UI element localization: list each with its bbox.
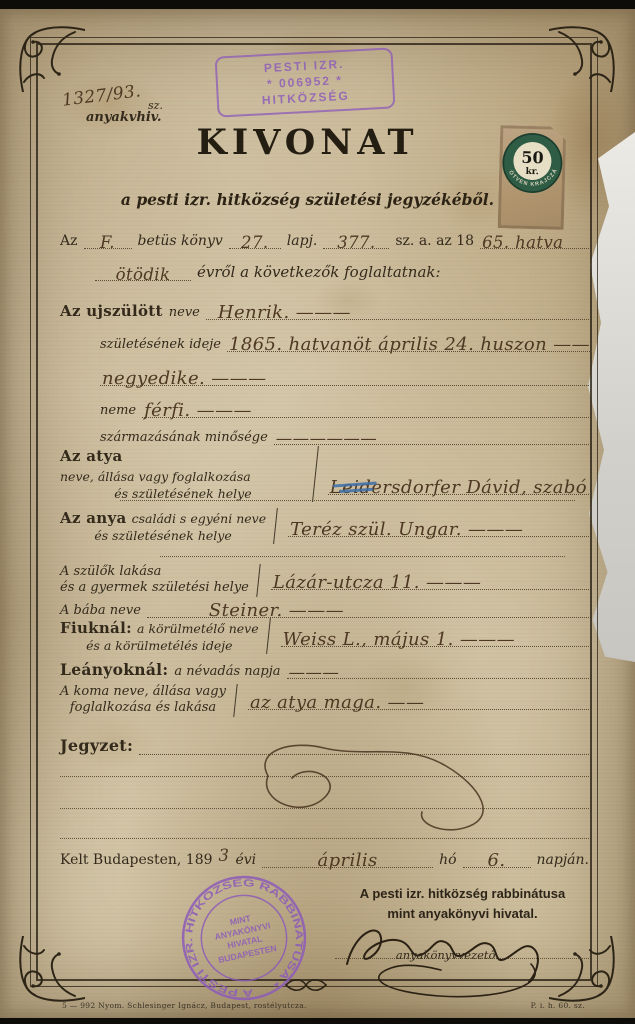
dateline-text-1: Kelt Budapesten, 189 [60,852,213,868]
residence-label-line2: és a gyermek születési helye [60,580,249,596]
note-lead: Jegyzet: [60,736,133,755]
mother-field: Teréz szül. Ungar. ——— [288,515,589,537]
field-row-father: Az atya neve, állása vagy foglalkozása é… [60,446,589,502]
registry-entry-field: 377. [323,228,389,249]
registry-letter-value: F. [100,233,115,252]
godparent-label-line1: A koma neve, állása vagy [60,684,226,700]
label-brace [273,508,281,544]
gender-field: férfi. ——— [142,396,589,418]
label-brace [233,684,240,717]
girls-label: a névadás napja [174,664,280,679]
registry-year-word-field: ötödik [95,260,191,281]
registry-page-field: 27. [229,228,281,249]
ruled-line [160,556,565,557]
intro-text-5: évről a következők foglaltatnak: [197,263,441,281]
midwife-label: A bába neve [60,603,141,618]
residence-value: Lázár-utcza 11. ——— [273,572,481,593]
boys-label-line2: és a körülmetélés ideje [86,638,232,654]
origin-field: —————— [274,424,589,445]
dateline-month-value: április [318,850,378,871]
origin-label: származásának minősége [100,430,268,445]
registry-page-value: 27. [241,233,268,252]
registry-year-field: 65. hatva [480,228,589,249]
girls-field: ——— [287,658,589,679]
registrar-title: anyakönyvvezető. [330,948,565,962]
document-title: KIVONAT [40,122,575,163]
field-row-birthdate-2: negyedike. ——— [100,364,589,386]
revenue-stamp-50kr: 50 kr. ÖTVEN KRAJCZÁR [498,125,567,230]
field-row-girls: Leányoknál: a névadás napja ——— [60,658,589,679]
intro-text-1: Az [60,233,78,249]
intro-text-2: betüs könyv [138,233,223,249]
residence-field: Lázár-utcza 11. ——— [271,568,589,590]
corner-ornament-top-right [549,20,621,92]
mother-value: Teréz szül. Ungar. ——— [290,519,523,540]
corner-ornament-bottom-left [13,936,85,1008]
midwife-field: Steiner. ——— [147,596,589,618]
note-field-line2 [60,776,589,777]
newborn-field: Henrik. ——— [206,298,589,320]
corner-ornament-top-left [13,20,85,92]
printer-imprint: 5 — 992 Nyom. Schlesinger Ignácz, Budape… [62,1001,307,1010]
newborn-label: neve [169,305,200,320]
ruled-line [60,838,589,839]
registry-year-word-value: ötödik [116,265,171,284]
field-row-gender: neme férfi. ——— [100,396,589,418]
birthdate-label: születésének ideje [100,337,221,352]
document-subtitle: a pesti izr. hitközség születési jegyzék… [40,190,575,209]
scanned-document-photo: 1327/93. sz. anyakvhiv. PESTI IZR. * 006… [0,0,635,1024]
intro-text-4: sz. a. az 18 [395,233,474,249]
field-row-residence: A szülők lakása és a gyermek születési h… [60,564,589,597]
mother-label-line2: és születésének helye [94,528,231,544]
birthdate2-field: negyedike. ——— [100,364,589,386]
father-label-line1: Az atya neve, állása vagy foglalkozása [60,446,306,486]
note-field-line1 [139,734,589,755]
field-row-boys: Fiuknál: a körülmetélő neve és a körülme… [60,618,589,654]
birthdate-field: 1865. hatvanöt április 24. huszon —— [227,330,592,352]
form-number: P. i. h. 60. sz. [531,1001,585,1010]
birthdate2-value: negyedike. ——— [102,368,266,389]
intro-line-2: ötödik évről a következők foglaltatnak: [95,260,505,281]
registry-year-value: 65. hatva [482,233,563,252]
field-row-origin: származásának minősége —————— [100,424,589,445]
field-row-godparent: A koma neve, állása vagy foglalkozása és… [60,684,589,717]
boys-field: Weiss L., május 1. ——— [281,625,589,647]
revenue-stamp-unit: kr. [525,167,539,177]
residence-label-line1: A szülők lakása [60,564,249,580]
dateline-text-2: évi [235,852,256,868]
boys-value: Weiss L., május 1. ——— [283,629,515,650]
ruled-line [120,500,575,501]
godparent-label-line2: foglalkozása és lakása [70,700,216,716]
gender-value: férfi. ——— [144,400,252,421]
girls-lead: Leányoknál: [60,660,168,679]
dateline: Kelt Budapesten, 189 3 évi április hó 6.… [60,846,589,868]
issuer-line-1: A pesti izr. hitközség rabbinátusa [336,886,589,901]
godparent-value: az atya maga. —— [250,692,424,713]
dateline-day-field: 6. [463,846,531,868]
intro-line-1: Az F. betüs könyv 27. lapj. 377. sz. a. … [60,228,589,249]
field-row-newborn: Az ujszülött neve Henrik. ——— [60,298,589,320]
community-box-stamp: PESTI IZR. * 006952 * HITKÖZSÉG [215,47,396,117]
field-row-note: Jegyzet: [60,734,589,755]
mother-label-line1: Az anya családi s egyéni neve [60,508,266,528]
newborn-value: Henrik. ——— [218,302,351,323]
newborn-lead: Az ujszülött [60,302,163,320]
field-row-mother: Az anya családi s egyéni neve és születé… [60,508,589,544]
note-field-line3 [60,808,589,809]
revenue-stamp-value: 50 [521,148,544,168]
rabbinate-round-stamp: A PESTI IZR. HITKÖZSÉG RABBINÁTUSA * MIN… [166,860,323,1017]
registry-letter-field: F. [84,228,132,249]
boys-label-line1: Fiuknál: a körülmetélő neve [60,618,259,638]
birthdate-value: 1865. hatvanöt április 24. huszon —— [229,334,590,355]
dateline-year-value: 3 [219,846,230,865]
registry-entry-value: 377. [337,233,375,252]
field-row-midwife: A bába neve Steiner. ——— [60,596,589,618]
godparent-field: az atya maga. —— [248,688,589,710]
dateline-text-3: hó [439,852,456,868]
intro-text-3: lapj. [287,233,318,249]
dateline-text-4: napján. [537,852,589,868]
label-brace [312,446,322,502]
gender-label: neme [100,403,136,418]
field-row-birthdate: születésének ideje 1865. hatvanöt áprili… [100,330,589,352]
label-brace [256,564,263,597]
label-brace [266,618,274,654]
girls-value: ——— [289,663,340,682]
dateline-day-value: 6. [488,850,506,871]
